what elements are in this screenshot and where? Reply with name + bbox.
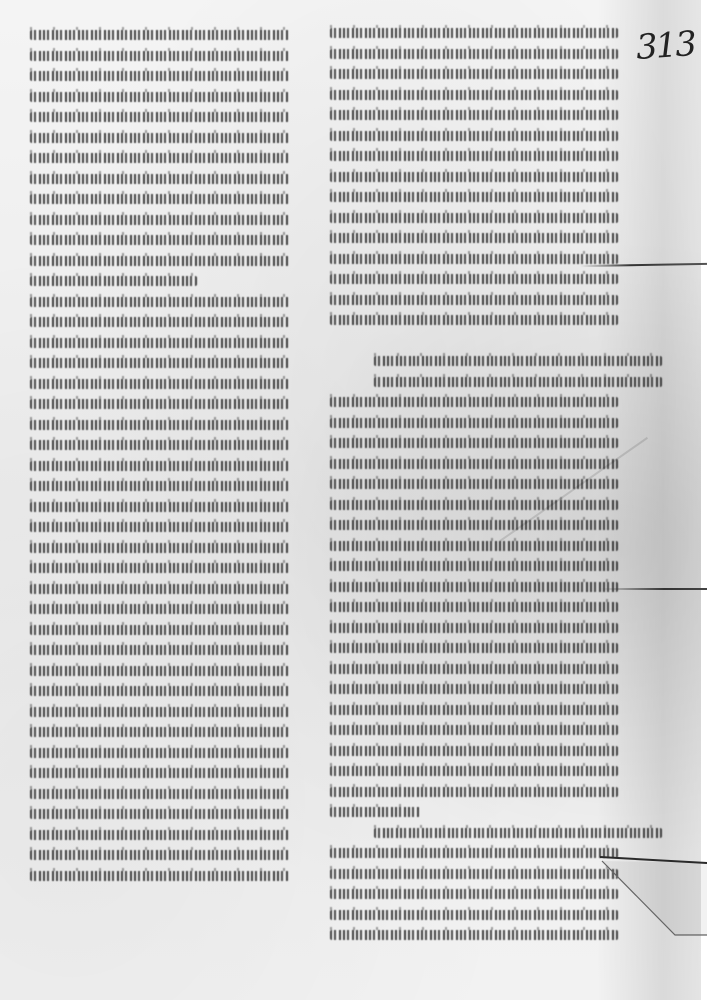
script-line bbox=[330, 295, 618, 305]
script-line bbox=[330, 930, 618, 940]
script-line bbox=[330, 213, 618, 223]
script-line bbox=[330, 192, 618, 202]
script-line bbox=[30, 133, 289, 143]
script-line bbox=[330, 500, 618, 510]
script-line bbox=[30, 543, 289, 553]
script-line bbox=[30, 502, 289, 512]
script-line bbox=[330, 684, 618, 694]
script-line bbox=[330, 418, 618, 428]
script-line bbox=[30, 92, 289, 102]
left-text-column bbox=[30, 30, 300, 891]
script-line bbox=[30, 338, 289, 348]
script-line bbox=[330, 602, 618, 612]
script-line bbox=[30, 871, 289, 881]
script-line bbox=[30, 809, 289, 819]
section-opening-line bbox=[374, 356, 662, 366]
script-line bbox=[30, 830, 289, 840]
right-text-column bbox=[330, 28, 630, 951]
folded-corner-icon bbox=[600, 855, 707, 940]
script-line bbox=[30, 174, 289, 184]
script-line bbox=[330, 172, 618, 182]
script-line bbox=[30, 727, 289, 737]
script-line bbox=[330, 725, 618, 735]
script-line bbox=[30, 440, 289, 450]
script-line bbox=[30, 276, 197, 286]
script-line bbox=[30, 71, 289, 81]
script-line bbox=[330, 131, 618, 141]
script-line bbox=[330, 541, 618, 551]
script-line bbox=[330, 459, 618, 469]
script-line bbox=[30, 420, 289, 430]
script-line bbox=[330, 397, 618, 407]
script-line bbox=[330, 520, 618, 530]
script-line bbox=[330, 315, 618, 325]
script-line bbox=[330, 664, 618, 674]
script-line bbox=[330, 28, 618, 38]
script-line bbox=[30, 625, 289, 635]
script-line bbox=[330, 746, 618, 756]
script-line bbox=[330, 438, 618, 448]
script-line bbox=[330, 582, 618, 592]
paragraph-opening-line bbox=[374, 828, 662, 838]
script-line bbox=[30, 112, 289, 122]
script-line bbox=[330, 848, 618, 858]
page-edge bbox=[701, 0, 707, 1000]
script-line bbox=[30, 153, 289, 163]
script-line bbox=[330, 869, 618, 879]
script-line bbox=[330, 49, 618, 59]
script-line bbox=[30, 235, 289, 245]
script-line bbox=[30, 481, 289, 491]
script-line bbox=[330, 69, 618, 79]
script-line bbox=[30, 297, 289, 307]
script-line bbox=[330, 787, 618, 797]
manuscript-page: 313 bbox=[0, 0, 707, 1000]
script-line bbox=[30, 461, 289, 471]
script-line bbox=[330, 561, 618, 571]
script-line bbox=[30, 379, 289, 389]
script-line bbox=[30, 563, 289, 573]
script-line bbox=[330, 623, 618, 633]
script-line bbox=[330, 233, 618, 243]
script-line bbox=[30, 789, 289, 799]
script-line bbox=[330, 643, 618, 653]
script-line bbox=[30, 645, 289, 655]
script-line bbox=[30, 256, 289, 266]
script-line bbox=[374, 377, 662, 387]
script-line bbox=[330, 910, 618, 920]
script-line bbox=[30, 686, 289, 696]
script-line bbox=[330, 807, 420, 817]
script-line bbox=[330, 254, 618, 264]
script-line bbox=[330, 705, 618, 715]
script-line bbox=[330, 274, 618, 284]
script-line bbox=[30, 584, 289, 594]
script-line bbox=[30, 399, 289, 409]
script-line bbox=[30, 522, 289, 532]
script-line bbox=[330, 766, 618, 776]
script-line bbox=[330, 151, 618, 161]
script-line bbox=[30, 30, 289, 40]
folio-number: 313 bbox=[635, 24, 697, 68]
script-line bbox=[30, 748, 289, 758]
folded-corner bbox=[600, 855, 707, 940]
script-line bbox=[30, 707, 289, 717]
script-line bbox=[30, 317, 289, 327]
script-line bbox=[30, 768, 289, 778]
script-line bbox=[30, 215, 289, 225]
script-line bbox=[30, 194, 289, 204]
edge-crease bbox=[600, 588, 707, 590]
script-line bbox=[30, 850, 289, 860]
script-line bbox=[30, 358, 289, 368]
script-line bbox=[330, 110, 618, 120]
script-line bbox=[330, 90, 618, 100]
script-line bbox=[30, 666, 289, 676]
script-line bbox=[30, 51, 289, 61]
script-line bbox=[30, 604, 289, 614]
section-break bbox=[330, 336, 630, 346]
script-line bbox=[330, 889, 618, 899]
